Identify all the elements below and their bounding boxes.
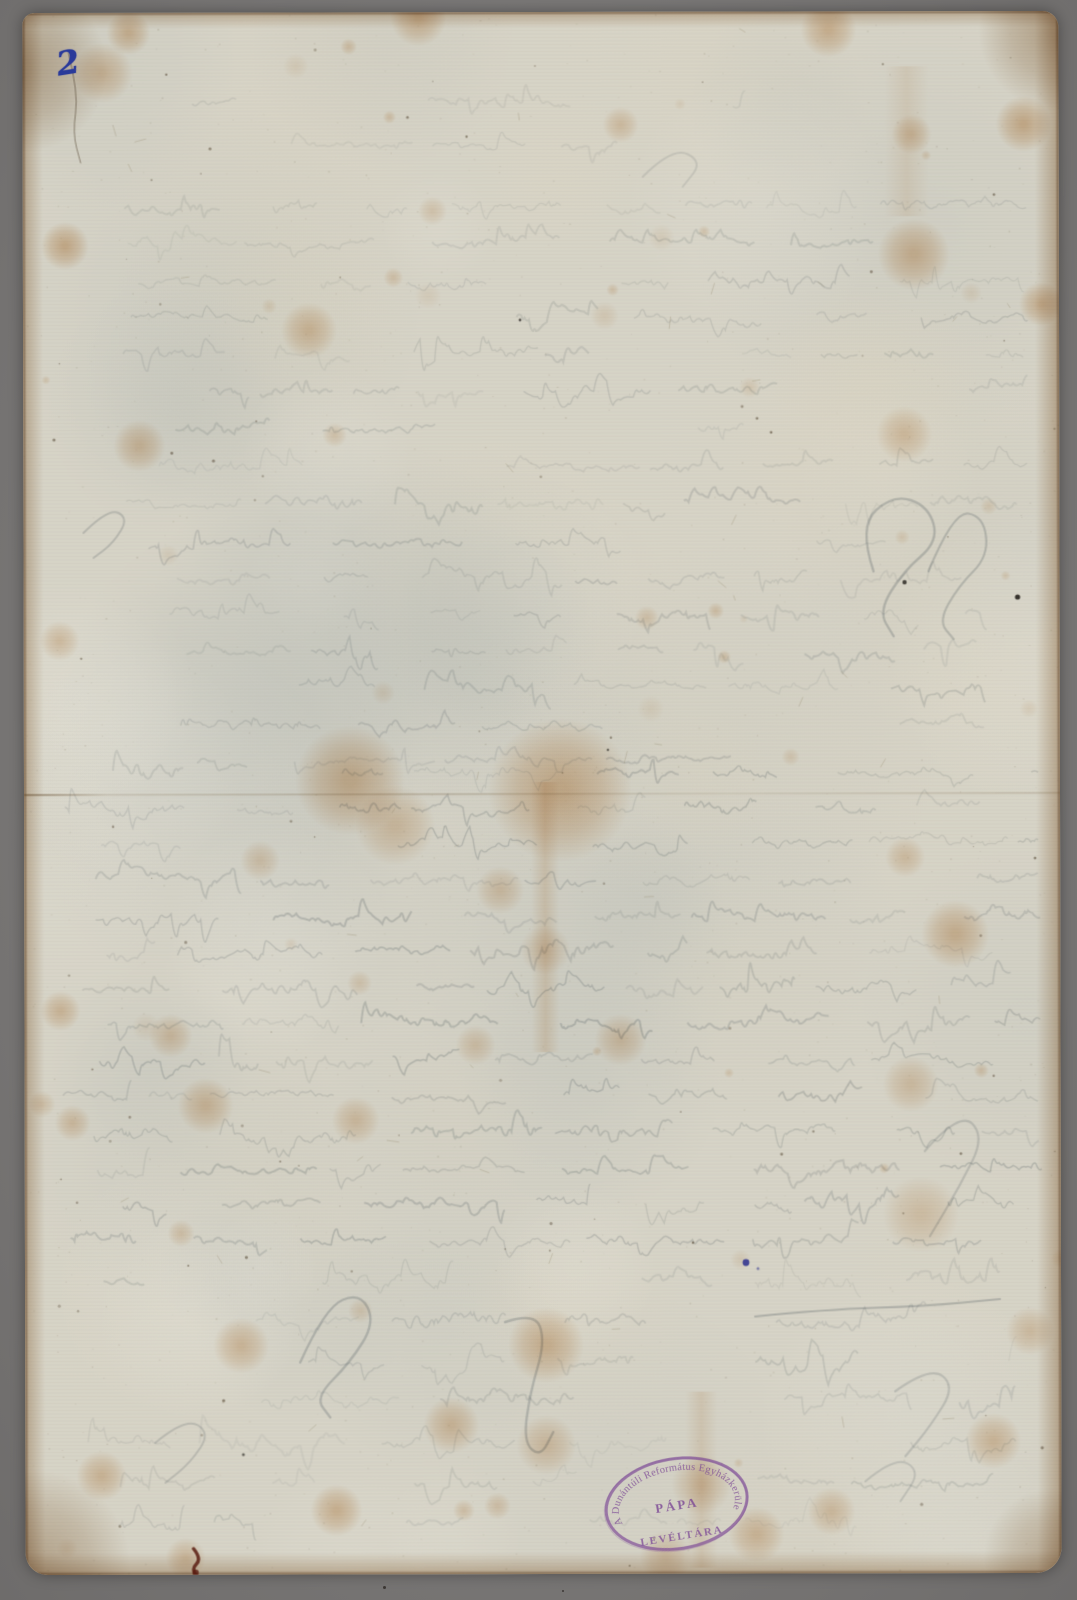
manuscript-page: 2 A Dunántúli Református Egyházkerület P…: [22, 11, 1061, 1575]
dust-speck: [562, 1590, 564, 1592]
dust-speck: [383, 1586, 386, 1589]
scan-background: 2 A Dunántúli Református Egyházkerület P…: [0, 0, 1077, 1600]
stamp-center-text: PÁPA: [654, 1494, 700, 1516]
stamp-bottom-text: LEVÉLTÁRA: [640, 1524, 725, 1549]
